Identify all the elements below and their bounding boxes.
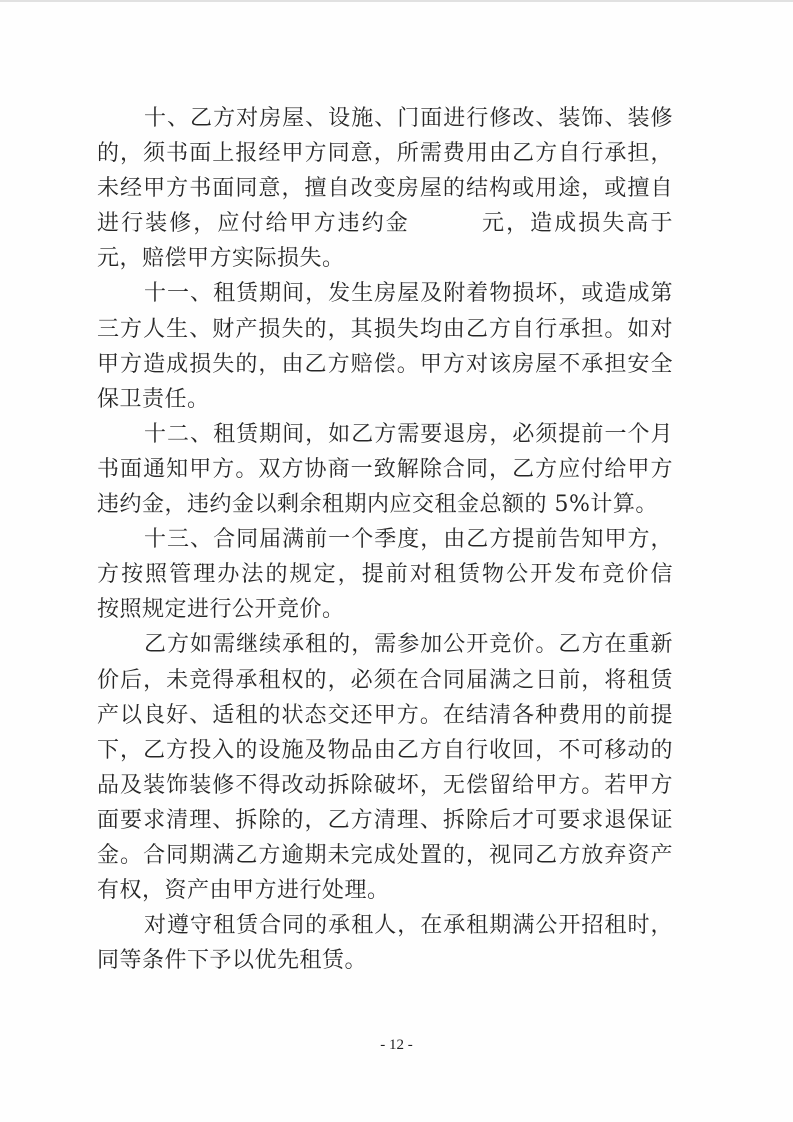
text-line: 价后，未竞得承租权的，必须在合同届满之日前，将租赁资: [97, 663, 673, 698]
text-line: 十三、合同届满前一个季度，由乙方提前告知甲方，甲: [97, 522, 673, 557]
text-line: 甲方造成损失的，由乙方赔偿。甲方对该房屋不承担安全: [97, 347, 673, 382]
text-line: 书面通知甲方。双方协商一致解除合同，乙方应付给甲方: [97, 452, 673, 487]
text-line: 保卫责任。: [97, 382, 673, 417]
paragraph-clause-13: 十三、合同届满前一个季度，由乙方提前告知甲方，甲方按照管理办法的规定，提前对租赁…: [97, 522, 673, 627]
paragraph-clause-11: 十一、租赁期间，发生房屋及附着物损坏，或造成第三方人生、财产损失的，其损失均由乙…: [97, 276, 673, 416]
paragraph-clause-12: 十二、租赁期间，如乙方需要退房，必须提前一个月书面通知甲方。双方协商一致解除合同…: [97, 417, 673, 522]
page-number: - 12 -: [380, 1037, 413, 1053]
paragraph-clause-13-renew-bidding: 乙方如需继续承租的，需参加公开竞价。乙方在重新竞价后，未竞得承租权的，必须在合同…: [97, 627, 673, 908]
paragraph-clause-10: 十、乙方对房屋、设施、门面进行修改、装饰、装修的，须书面上报经甲方同意，所需费用…: [97, 101, 673, 276]
text-line: 的，须书面上报经甲方同意，所需费用由乙方自行承担，: [97, 136, 673, 171]
text-line: 有权，资产由甲方进行处理。: [97, 873, 673, 908]
text-line: 面要求清理、拆除的，乙方清理、拆除后才可要求退保证: [97, 803, 673, 838]
text-line: 按照规定进行公开竞价。: [97, 592, 673, 627]
text-line: 十一、租赁期间，发生房屋及附着物损坏，或造成第: [97, 276, 673, 311]
text-line: 乙方如需继续承租的，需参加公开竞价。乙方在重新竞: [97, 627, 673, 662]
text-line: 对遵守租赁合同的承租人，在承租期满公开招租时，: [97, 908, 673, 943]
text-line: 元，赔偿甲方实际损失。: [97, 241, 673, 276]
text-line: 品及装饰装修不得改动拆除破坏，无偿留给甲方。若甲方书: [97, 768, 673, 803]
text-line: 进行装修，应付给甲方违约金 元，造成损失高于: [97, 206, 673, 241]
contract-body: 十、乙方对房屋、设施、门面进行修改、装饰、装修的，须书面上报经甲方同意，所需费用…: [97, 101, 673, 978]
text-line: 方按照管理办法的规定，提前对租赁物公开发布竞价信息，: [97, 557, 673, 592]
text-line: 十二、租赁期间，如乙方需要退房，必须提前一个月: [97, 417, 673, 452]
text-line: 未经甲方书面同意，擅自改变房屋的结构或用途，或擅自: [97, 171, 673, 206]
paragraph-clause-13-priority-lease: 对遵守租赁合同的承租人，在承租期满公开招租时，同等条件下予以优先租赁。: [97, 908, 673, 978]
text-line: 下，乙方投入的设施及物品由乙方自行收回，不可移动的物: [97, 733, 673, 768]
text-line: 十、乙方对房屋、设施、门面进行修改、装饰、装修: [97, 101, 673, 136]
text-line: 同等条件下予以优先租赁。: [97, 943, 673, 978]
text-line: 产以良好、适租的状态交还甲方。在结清各种费用的前提: [97, 698, 673, 733]
text-line: 三方人生、财产损失的，其损失均由乙方自行承担。如对: [97, 312, 673, 347]
page-footer: - 12 -: [0, 1037, 793, 1054]
text-line: 金。合同期满乙方逾期未完成处置的，视同乙方放弃资产所: [97, 838, 673, 873]
text-line: 违约金，违约金以剩余租期内应交租金总额的 5%计算。: [97, 487, 673, 522]
contract-page: 十、乙方对房屋、设施、门面进行修改、装饰、装修的，须书面上报经甲方同意，所需费用…: [0, 0, 793, 1122]
scan-top-edge: [0, 0, 793, 2]
